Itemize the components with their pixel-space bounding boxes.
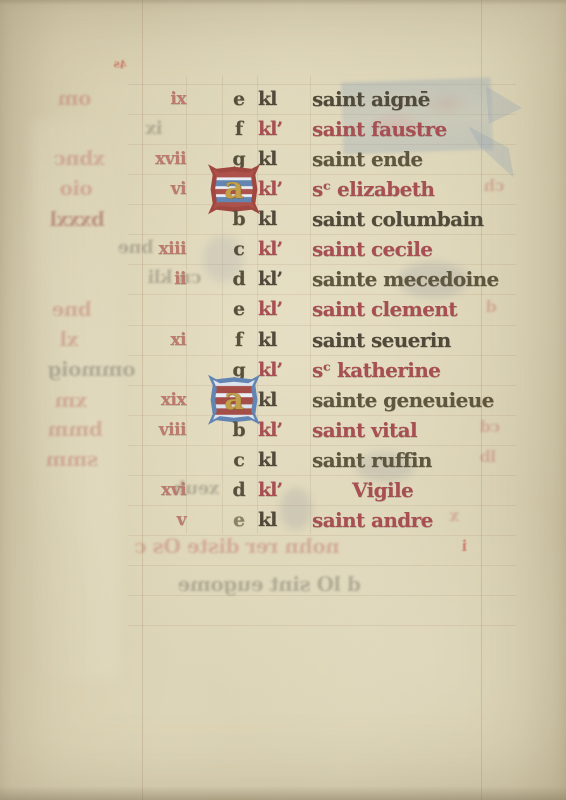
dominical-letter: e (222, 84, 256, 114)
showthrough-text: xl (60, 327, 79, 351)
showthrough-text: d lO sint eugome (178, 572, 361, 596)
calendar-row: xvii g kl saint ende (130, 144, 490, 174)
showthrough-text: xm (55, 388, 87, 412)
kalends-abbr: kl’ (258, 475, 308, 505)
leaf-edge-top (0, 0, 566, 5)
kalends-abbr: kl (258, 144, 308, 174)
dominical-letter: f (222, 114, 256, 144)
golden-number: xiii (130, 234, 186, 264)
feast-name: saint columbain (312, 204, 483, 234)
showthrough-text: bxxxl (50, 207, 105, 231)
initial-letter: a (224, 174, 243, 204)
feast-name: saint clement (312, 294, 457, 324)
showthrough-band-tip (486, 86, 522, 124)
dominical-letter: f (222, 325, 256, 355)
kalends-abbr: kl’ (258, 415, 308, 445)
kalends-abbr: kl (258, 204, 308, 234)
calendar-row: viii b kl’ saint vital (130, 415, 490, 445)
kalends-abbr: kl (258, 445, 308, 475)
showthrough-text: ommoig (48, 357, 136, 381)
showthrough-text: om (58, 86, 92, 110)
calendar-row: e kl’ saint clement (130, 294, 490, 324)
feast-name: sainte mecedoine (312, 264, 499, 294)
showthrough-text: 4s (113, 57, 128, 72)
golden-number: viii (130, 415, 186, 445)
calendar-row: g kl’ sᶜ katherine (130, 355, 490, 385)
calendar-row: b kl saint columbain (130, 204, 490, 234)
showthrough-text: smm (46, 447, 98, 471)
golden-number: xix (130, 385, 186, 415)
calendar-row: xvi d kl’ Vigile (130, 475, 490, 505)
golden-number: v (130, 505, 186, 535)
kalends-abbr: kl (258, 505, 308, 535)
dominical-letter: e (222, 505, 256, 535)
feast-name: sᶜ katherine (312, 355, 440, 385)
kalends-abbr: kl’ (258, 174, 308, 204)
showthrough-text: xbnc (54, 146, 105, 170)
golden-number: xi (130, 325, 186, 355)
calendar-row: ix e kl saint aignē (130, 84, 490, 114)
kalends-abbr: kl’ (258, 234, 308, 264)
ruling-hline (128, 625, 516, 626)
kalends-abbr: kl (258, 385, 308, 415)
dominical-letter: e (222, 294, 256, 324)
feast-name: saint ende (312, 144, 423, 174)
dominical-letter: d (222, 475, 256, 505)
feast-name: saint seuerin (312, 325, 451, 355)
showthrough-text: bmm (48, 417, 103, 441)
golden-number: vi (130, 174, 186, 204)
calendar-row: vi kl’ sᶜ elizabeth a (130, 174, 490, 204)
showthrough-text: bne (52, 297, 92, 321)
dominical-letter: b (222, 204, 256, 234)
kalends-abbr: kl’ (258, 355, 308, 385)
golden-number: xvii (130, 144, 186, 174)
kalends-abbr: kl (258, 84, 308, 114)
feast-name: saint cecile (312, 234, 432, 264)
showthrough-text: nohn rer diste Os c (135, 534, 340, 558)
dominical-letter: d (222, 264, 256, 294)
kalends-abbr: kl (258, 325, 308, 355)
feast-name: saint andre (312, 505, 433, 535)
calendar-row: ii d kl’ sainte mecedoine (130, 264, 490, 294)
calendar-row: f kl’ saint faustre (130, 114, 490, 144)
calendar-row: c kl saint ruffin (130, 445, 490, 475)
feast-name: Vigile (352, 475, 413, 505)
golden-number: ii (130, 264, 186, 294)
calendar-row: xiii c kl’ saint cecile (130, 234, 490, 264)
golden-number: ix (130, 84, 186, 114)
manuscript-page: 4somixxbncoiobxxxlbnecn klibnexlommoigxm… (0, 0, 566, 800)
ruling-hline (128, 565, 516, 566)
feast-name: saint ruffin (312, 445, 432, 475)
dominical-letter: c (222, 234, 256, 264)
dominical-letter: c (222, 445, 256, 475)
feast-name: saint vital (312, 415, 417, 445)
initial-letter: a (224, 385, 243, 415)
feast-name: saint faustre (312, 114, 447, 144)
calendar-row: xix kl sainte geneuieue a (130, 385, 490, 415)
leaf-edge-bottom (0, 786, 566, 800)
showthrough-text: oio (60, 176, 93, 200)
feast-name: saint aignē (312, 84, 430, 114)
dominical-letter: b (222, 415, 256, 445)
golden-number: xvi (130, 475, 186, 505)
calendar-row: xi f kl saint seuerin (130, 325, 490, 355)
feast-name: sᶜ elizabeth (312, 174, 434, 204)
kalends-abbr: kl’ (258, 294, 308, 324)
calendar-row: v e kl saint andre (130, 505, 490, 535)
feast-name: sainte geneuieue (312, 385, 494, 415)
kalends-abbr: kl’ (258, 114, 308, 144)
kalends-abbr: kl’ (258, 264, 308, 294)
showthrough-text: i (462, 537, 467, 555)
